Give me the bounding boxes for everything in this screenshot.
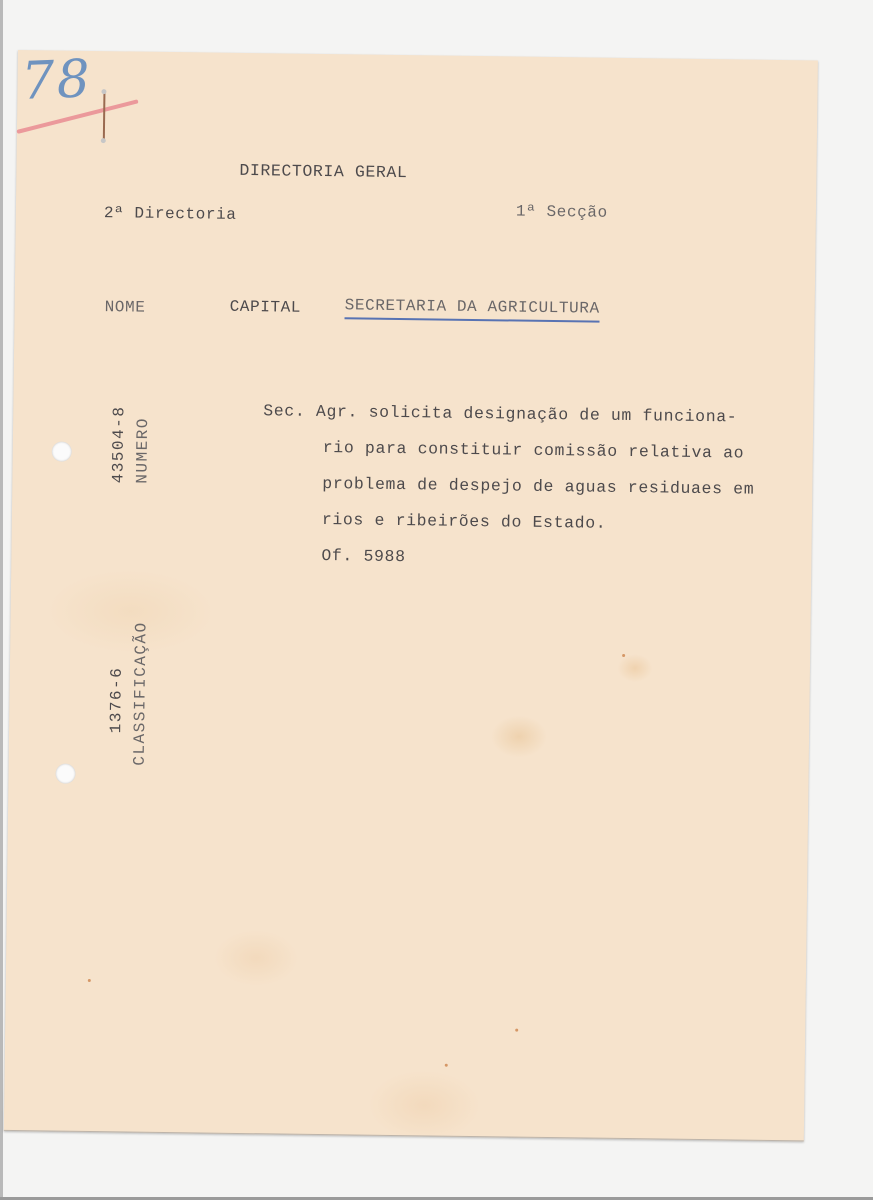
location-field: CAPITAL — [230, 298, 302, 317]
header-title: DIRECTORIA GERAL — [239, 161, 407, 182]
document-sheet: 78 DIRECTORIA GERAL 2ª Directoria 1ª Sec… — [4, 50, 818, 1141]
scanner-edge-left — [0, 0, 3, 1200]
handwritten-page-number: 78 — [20, 49, 92, 112]
seccao-label: 1ª Secção — [516, 203, 608, 222]
numero-value: 43504-8 — [109, 406, 128, 484]
nome-label: NOME — [105, 298, 146, 317]
classificacao-label: CLASSIFICAÇÃO — [131, 621, 151, 766]
name-field: SECRETARIA DA AGRICULTURA — [345, 296, 600, 317]
staple-icon — [103, 91, 106, 141]
paper-speck — [622, 654, 625, 657]
numero-label: NUMERO — [133, 417, 152, 484]
document-body: Sec. Agr. solicita designação de um func… — [261, 393, 755, 579]
punch-hole-top — [52, 441, 72, 461]
directoria-label: 2ª Directoria — [104, 204, 237, 224]
punch-hole-bottom — [55, 764, 75, 784]
paper-speck — [515, 1029, 518, 1032]
paper-speck — [88, 979, 91, 982]
name-field-value: SECRETARIA DA AGRICULTURA — [345, 296, 600, 322]
body-line-5: Of. 5988 — [261, 537, 753, 579]
classificacao-value: 1376-6 — [107, 667, 126, 734]
paper-speck — [445, 1064, 448, 1067]
